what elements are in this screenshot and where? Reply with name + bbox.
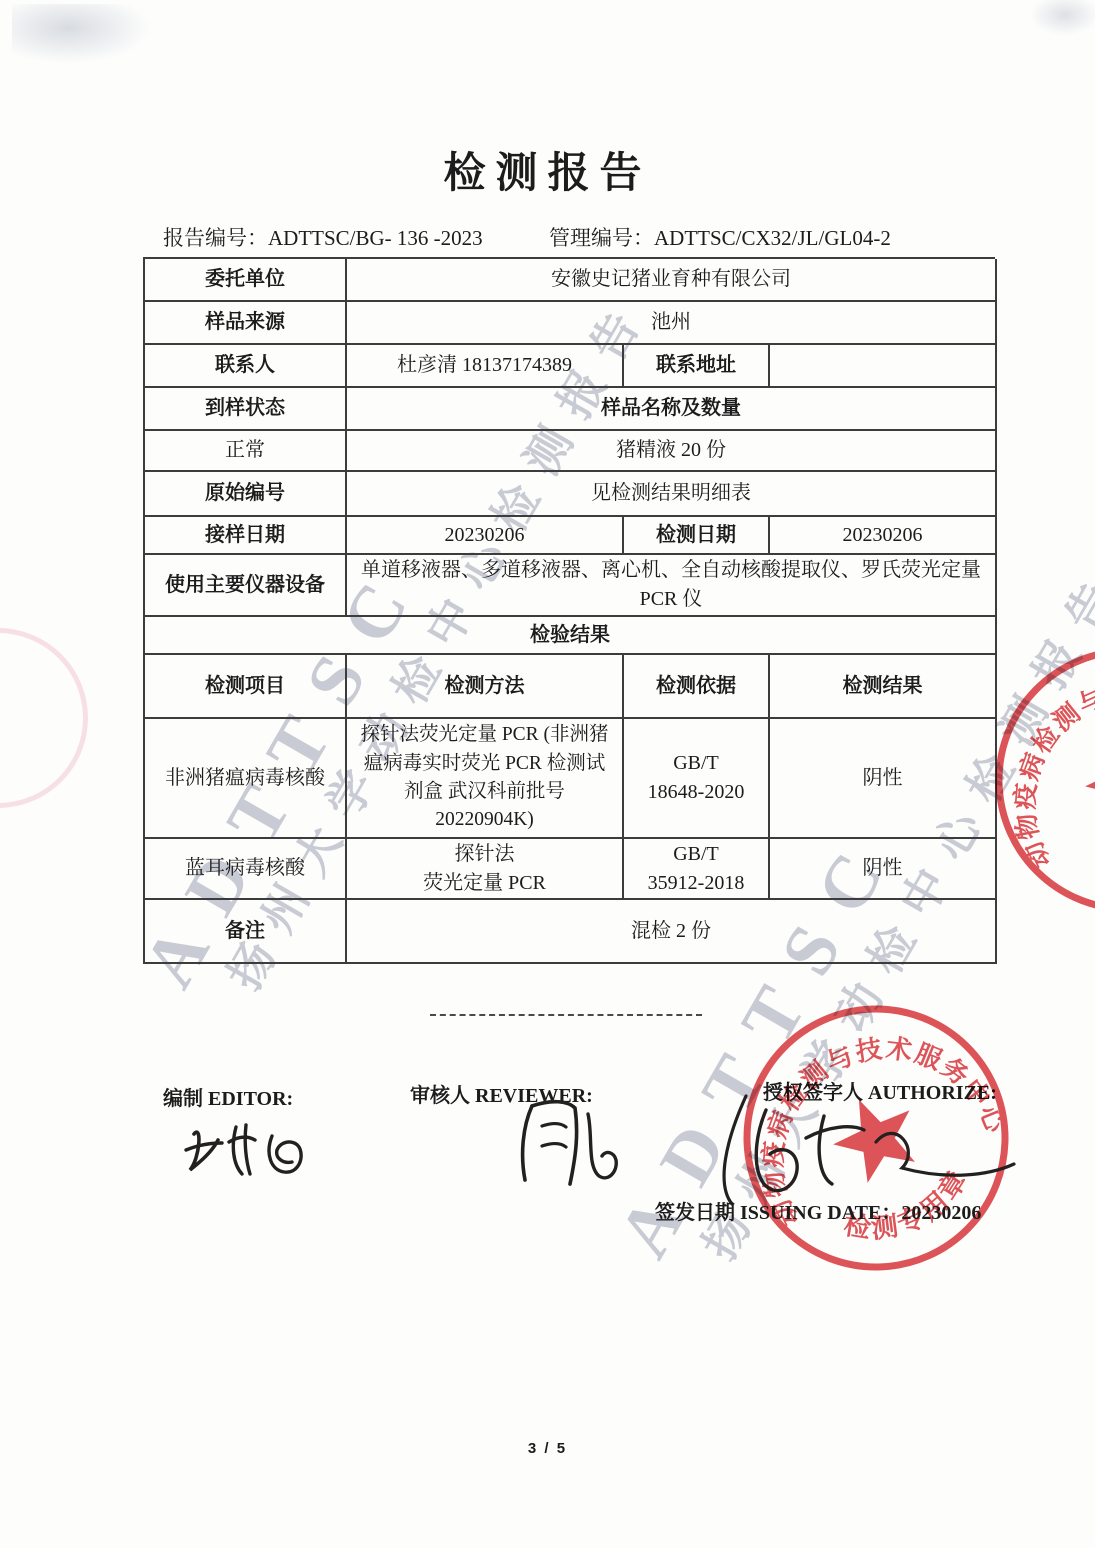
column-header-result: 检测结果 — [770, 655, 997, 719]
report-number-line: 报告编号：ADTTSC/BG- 136 -2023 — [163, 222, 483, 252]
remark-label: 备注 — [145, 900, 347, 964]
method-line: 荧光定量 PCR — [423, 869, 546, 898]
page-number: 3 / 5 — [0, 1440, 1095, 1457]
sample-name-qty-value: 猪精液 20 份 — [347, 431, 997, 472]
result-row-basis: GB/T 18648-2020 — [624, 719, 770, 839]
seal-star-icon — [1073, 725, 1095, 832]
dashed-divider — [430, 1014, 702, 1016]
result-row-method: 探针法荧光定量 PCR (非洲猪瘟病毒实时荧光 PCR 检测试剂盒 武汉科前批号… — [347, 719, 624, 839]
report-table: 委托单位 安徽史记猪业育种有限公司 样品来源 池州 联系人 杜彦清 181371… — [143, 257, 995, 964]
results-section-header: 检验结果 — [145, 617, 997, 655]
result-row-result: 阴性 — [770, 839, 997, 900]
basis-line: 18648-2020 — [648, 778, 745, 807]
address-value — [770, 345, 997, 388]
result-row-item: 蓝耳病毒核酸 — [145, 839, 347, 900]
method-line: 探针法 — [455, 840, 515, 869]
result-row-basis: GB/T 35912-2018 — [624, 839, 770, 900]
column-header-item: 检测项目 — [145, 655, 347, 719]
equipment-label: 使用主要仪器设备 — [145, 555, 347, 617]
client-label: 委托单位 — [145, 259, 347, 302]
report-number-label: 报告编号： — [163, 226, 268, 250]
issue-date-label: 签发日期 ISSUING DATE： — [655, 1202, 901, 1224]
basis-line: GB/T — [673, 749, 719, 778]
result-row-method: 探针法 荧光定量 PCR — [347, 839, 624, 900]
receive-date-label: 接样日期 — [145, 517, 347, 555]
management-number-line: 管理编号：ADTTSC/CX32/JL/GL04-2 — [549, 222, 891, 252]
contact-label: 联系人 — [145, 345, 347, 388]
result-row-item: 非洲猪瘟病毒核酸 — [145, 719, 347, 839]
receive-date-value: 20230206 — [347, 517, 624, 555]
arrival-state-label: 到样状态 — [145, 388, 347, 431]
equipment-value: 单道移液器、多道移液器、离心机、全自动核酸提取仪、罗氏荧光定量 PCR 仪 — [347, 555, 997, 617]
sample-source-label: 样品来源 — [145, 302, 347, 345]
column-header-basis: 检测依据 — [624, 655, 770, 719]
report-page: ADTTSC 扬州大学动检中心检测报告 ADTTSC 扬州大学动检中心检测报告 … — [0, 0, 1095, 1548]
original-number-label: 原始编号 — [145, 472, 347, 517]
column-header-method: 检测方法 — [347, 655, 624, 719]
client-value: 安徽史记猪业育种有限公司 — [347, 259, 997, 302]
scan-smudge-top-right — [1030, 0, 1095, 36]
svg-text:检测专用章: 检测专用章 — [1083, 798, 1095, 905]
scan-smudge-top-left — [12, 4, 152, 64]
issue-date-line: 签发日期 ISSUING DATE：20230206 — [655, 1196, 981, 1225]
original-number-value: 见检测结果明细表 — [347, 472, 997, 517]
sample-name-qty-header: 样品名称及数量 — [347, 388, 997, 431]
result-row-result: 阴性 — [770, 719, 997, 839]
contact-value: 杜彦清 18137174389 — [347, 345, 624, 388]
editor-signature — [178, 1112, 328, 1192]
remark-value: 混检 2 份 — [347, 900, 997, 964]
address-label: 联系地址 — [624, 345, 770, 388]
stamp-ghost-left-edge — [0, 628, 88, 808]
arrival-state-value: 正常 — [145, 431, 347, 472]
report-number-value: ADTTSC/BG- 136 -2023 — [268, 226, 483, 250]
management-number-label: 管理编号： — [549, 226, 654, 250]
test-date-label: 检测日期 — [624, 517, 770, 555]
sample-source-value: 池州 — [347, 302, 997, 345]
basis-line: GB/T — [673, 840, 719, 869]
issue-date-value: 20230206 — [901, 1202, 981, 1224]
management-number-value: ADTTSC/CX32/JL/GL04-2 — [654, 226, 891, 250]
page-title: 检测报告 — [0, 140, 1095, 200]
test-date-value: 20230206 — [770, 517, 997, 555]
reviewer-signature — [498, 1092, 648, 1197]
seal-bottom-text: 检测专用章 — [1083, 798, 1095, 905]
editor-label: 编制 EDITOR: — [163, 1082, 293, 1111]
basis-line: 35912-2018 — [648, 869, 745, 898]
